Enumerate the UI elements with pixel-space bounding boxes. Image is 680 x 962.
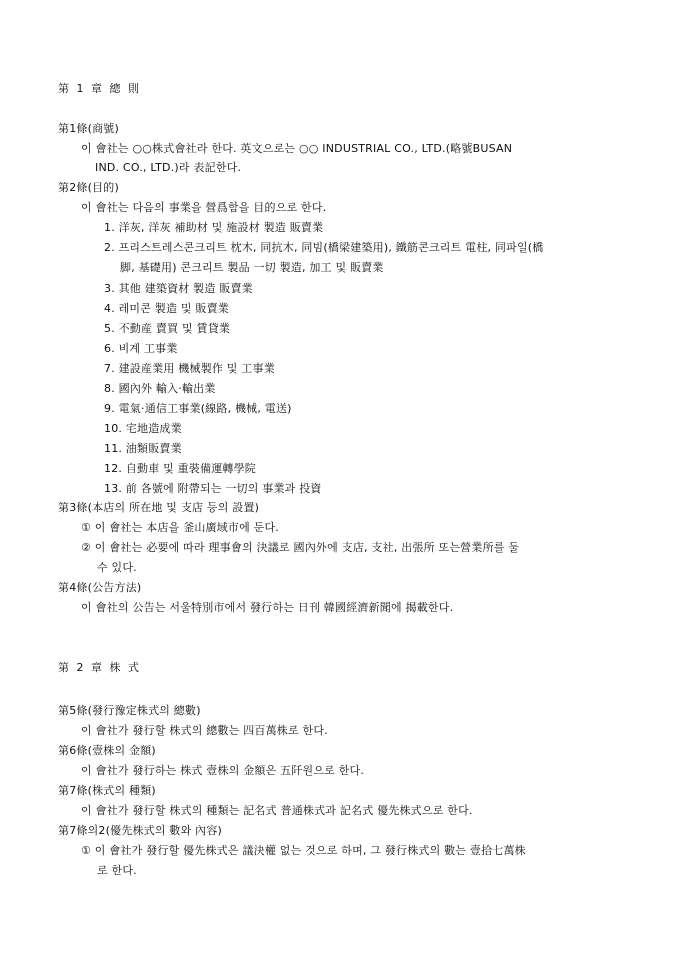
- article-2-item-2: 2. 프리스트레스콘크리트 枕木, 同抗木, 同빔(橋梁建築用), 鐵筋콘크리트…: [104, 241, 543, 255]
- article-2-item-5: 5. 不動産 賣買 및 賃貸業: [104, 322, 230, 336]
- article-4-heading: 第4條(公告方法): [58, 581, 141, 595]
- article-2-item-11: 11. 油類販賣業: [104, 442, 182, 456]
- article-3-clause-2-cont: 수 있다.: [97, 561, 137, 575]
- article-1-body-line-2: IND. CO., LTD.)라 表記한다.: [95, 161, 241, 175]
- article-6-heading: 第6條(壹株의 金額): [58, 744, 156, 758]
- article-5-body: 이 會社가 發行할 株式의 總數는 四百萬株로 한다.: [81, 724, 328, 738]
- article-7-2-clause-1-cont: 로 한다.: [97, 864, 137, 878]
- article-2-item-13: 13. 前 各號에 附帶되는 一切의 事業과 投資: [104, 482, 322, 496]
- article-2-item-3: 3. 其他 建築資材 製造 販賣業: [104, 282, 253, 296]
- article-2-item-1: 1. 洋灰, 洋灰 補助材 및 施設材 製造 販賣業: [104, 221, 323, 235]
- article-7-2-clause-1: ① 이 會社가 發行할 優先株式은 議決權 없는 것으로 하며, 그 發行株式의…: [81, 844, 526, 858]
- article-7-2-heading: 第7條의2(優先株式의 數와 內容): [58, 824, 222, 838]
- article-3-clause-2: ② 이 會社는 必要에 따라 理事會의 決議로 國內外에 支店, 支社, 出張所…: [81, 541, 519, 555]
- chapter-1-title: 第 1 章 總 則: [58, 82, 141, 96]
- article-2-item-7: 7. 建設産業用 機械製作 및 工事業: [104, 362, 275, 376]
- article-2-item-2-cont: 脚, 基礎用) 콘크리트 製品 一切 製造, 加工 및 販賣業: [120, 261, 384, 275]
- article-4-body: 이 會社의 公告는 서울特別市에서 發行하는 日刊 韓國經濟新聞에 揭載한다.: [81, 601, 453, 615]
- article-7-heading: 第7條(株式의 種類): [58, 784, 156, 798]
- article-6-body: 이 會社가 發行하는 株式 壹株의 金額은 五阡원으로 한다.: [81, 764, 364, 778]
- article-2-item-6: 6. 비계 工事業: [104, 342, 178, 356]
- article-2-item-4: 4. 레미콘 製造 및 販賣業: [104, 302, 229, 316]
- article-3-heading: 第3條(本店의 所在地 및 支店 등의 設置): [58, 501, 259, 515]
- article-2-item-8: 8. 國內外 輸入·輸出業: [104, 382, 216, 396]
- article-1-body-line-1: 이 會社는 ○○株式會社라 한다. 英文으로는 ○○ INDUSTRIAL CO…: [81, 142, 512, 156]
- article-3-clause-1: ① 이 會社는 本店을 釜山廣域市에 둔다.: [81, 521, 279, 535]
- chapter-2-title: 第 2 章 株 式: [58, 661, 141, 675]
- article-7-body: 이 會社가 發行할 株式의 種類는 記名式 普通株式과 記名式 優先株式으로 한…: [81, 804, 473, 818]
- article-2-item-9: 9. 電氣·通信工事業(線路, 機械, 電送): [104, 402, 292, 416]
- article-2-heading: 第2條(目的): [58, 181, 119, 195]
- article-1-heading: 第1條(商號): [58, 122, 119, 136]
- article-2-body: 이 會社는 다음의 事業을 營爲함을 目的으로 한다.: [81, 201, 326, 215]
- article-2-item-12: 12. 自動車 및 重裝備運轉學院: [104, 462, 256, 476]
- document-page: 第 1 章 總 則 第1條(商號) 이 會社는 ○○株式會社라 한다. 英文으로…: [0, 0, 680, 962]
- article-2-item-10: 10. 宅地造成業: [104, 422, 182, 436]
- article-5-heading: 第5條(發行豫定株式의 總數): [58, 704, 201, 718]
